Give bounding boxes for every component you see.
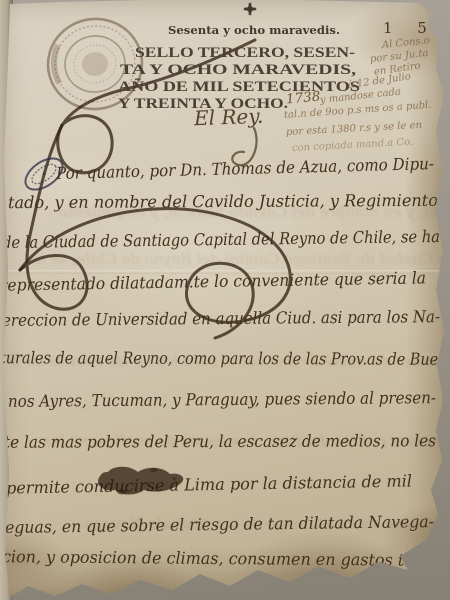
manuscript-line: permite conducirse à Lima por la distanc… [6, 464, 417, 505]
manuscript-line: cion, y oposicion de climas, consumen en… [2, 540, 428, 578]
ink-blot [92, 462, 192, 498]
manuscript-line: representado dilatadam.te lo conveniente… [0, 261, 430, 302]
svg-text:de la Ciudad de Santiago Capit: de la Ciudad de Santiago Capital del Rey… [2, 227, 440, 252]
svg-text:cion, y oposicion de climas, c: cion, y oposicion de climas, consumen en… [2, 547, 424, 570]
manuscript-line: tado, y en nombre del Cavildo Justicia, … [8, 184, 442, 220]
manuscript-line: ereccion de Universidad en aquella Ciud.… [2, 300, 444, 338]
svg-text:ereccion de Universidad en aqu: ereccion de Universidad en aquella Ciud.… [2, 307, 440, 330]
svg-text:tado, y en nombre del Cavildo: tado, y en nombre del Cavildo Justicia, … [8, 191, 438, 212]
svg-text:leguas, en que sobre el riesgo: leguas, en que sobre el riesgo de tan di… [0, 512, 434, 537]
manuscript-line: de la Ciudad de Santiago Capital del Rey… [2, 220, 444, 260]
manuscript-line: nos Ayres, Tucuman, y Paraguay, pues sie… [8, 381, 440, 419]
manuscript-page: tado, y en nombre del Cavildo Justicia, … [0, 0, 450, 600]
svg-text:Por quanto, por Dn. Thomas de: Por quanto, por Dn. Thomas de Azua, como… [55, 154, 434, 183]
svg-text:te las mas pobres del Peru, la: te las mas pobres del Peru, la escasez d… [4, 431, 436, 452]
cross-icon [243, 2, 257, 16]
manuscript-line: turales de aquel Reyno, como para los de… [0, 341, 446, 377]
svg-text:nos Ayres, Tucuman, y Paraguay: nos Ayres, Tucuman, y Paraguay, pues sie… [8, 388, 436, 411]
year-annotation: 1738 [285, 89, 321, 108]
manuscript-line: leguas, en que sobre el riesgo de tan di… [0, 505, 438, 545]
manuscript-line: te las mas pobres del Peru, la escasez d… [4, 424, 440, 460]
svg-text:representado dilatadam.te lo c: representado dilatadam.te lo conveniente… [0, 268, 426, 294]
svg-text:turales de aquel Reyno, como p: turales de aquel Reyno, como para los de… [0, 348, 443, 369]
manuscript-photo: tado, y en nombre del Cavildo Justicia, … [0, 0, 450, 600]
svg-text:permite conducirse à Lima por: permite conducirse à Lima por la distanc… [6, 471, 412, 497]
